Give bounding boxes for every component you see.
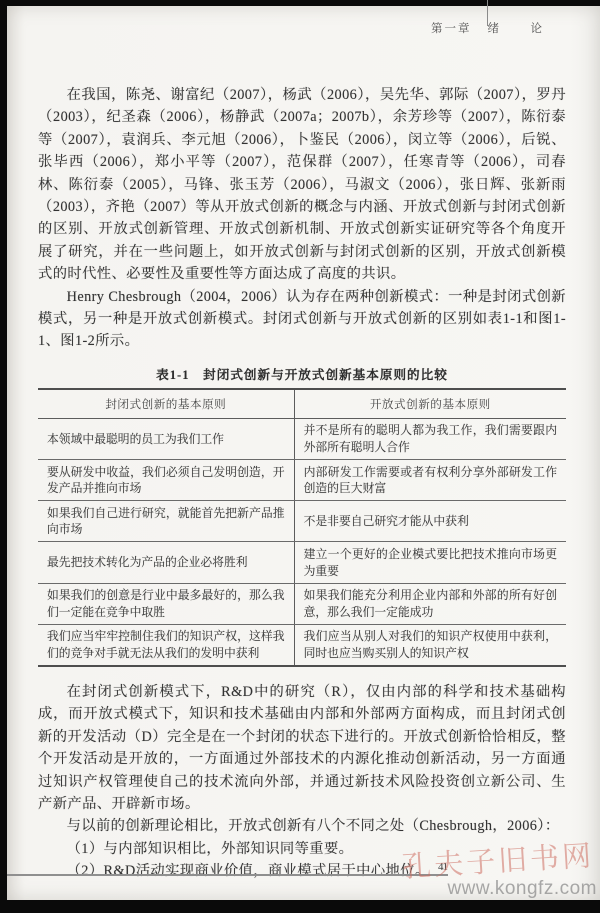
table-cell: 我们应当牢牢控制住我们的知识产权，这样我们的竞争对手就无法从我们的发明中获利 bbox=[38, 624, 294, 666]
paragraph-chesbrough-models: Henry Chesbrough（2004，2006）认为存在两种创新模式：一种… bbox=[38, 286, 566, 353]
table-row: 如果我们的创意是行业中最多最好的，那么我们一定能在竞争中取胜 如果我们能充分利用… bbox=[38, 583, 566, 624]
footer-rule bbox=[7, 874, 448, 876]
table-cell: 我们应当从别人对我们的知识产权使用中获利，同时也应当购买别人的知识产权 bbox=[294, 624, 566, 666]
kongfz-watermark-url: www.kongfz.com bbox=[447, 878, 597, 900]
scanned-book-page: 第一章 绪 论 在我国，陈尧、谢富纪（2007），杨武（2006），吴先华、郭际… bbox=[7, 6, 600, 900]
table-cell: 如果我们自己进行研究，就能首先把新产品推向市场 bbox=[38, 501, 294, 542]
table-cell: 建立一个更好的企业模式要比把技术推向市场更为重要 bbox=[294, 542, 566, 583]
comparison-table: 封闭式创新的基本原则 开放式创新的基本原则 本领域中最聪明的员工为我们工作 并不… bbox=[38, 388, 566, 667]
table-cell: 不是非要自己研究才能从中获利 bbox=[294, 501, 566, 542]
running-head-chapter: 第一章 bbox=[431, 20, 478, 36]
table-caption: 表1-1 封闭式创新与开放式创新基本原则的比较 bbox=[38, 364, 566, 383]
column-header-closed-innovation: 封闭式创新的基本原则 bbox=[38, 389, 294, 419]
table-row: 本领域中最聪明的员工为我们工作 并不是所有的聪明人都为我工作，我们需要跟内外部所… bbox=[38, 418, 566, 459]
paragraph-rd-comparison: 在封闭式创新模式下，R&D中的研究（R），仅由内部的科学和技术基础构成，而开放式… bbox=[38, 681, 566, 815]
table-cell: 要从研发中收益，我们必须自己发明创造，开发产品并推向市场 bbox=[38, 460, 294, 501]
table-cell: 如果我们的创意是行业中最多最好的，那么我们一定能在竞争中取胜 bbox=[38, 583, 294, 624]
running-head-section: 绪 论 bbox=[488, 20, 553, 36]
table-row: 最先把技术转化为产品的企业必将胜利 建立一个更好的企业模式要比把技术推向市场更为… bbox=[38, 542, 566, 583]
table-header-row: 封闭式创新的基本原则 开放式创新的基本原则 bbox=[38, 389, 566, 419]
table-row: 如果我们自己进行研究，就能首先把新产品推向市场 不是非要自己研究才能从中获利 bbox=[38, 501, 566, 542]
table-cell: 并不是所有的聪明人都为我工作，我们需要跟内外部所有聪明人合作 bbox=[294, 418, 566, 459]
running-head: 第一章 绪 论 bbox=[431, 20, 552, 36]
table-row: 我们应当牢牢控制住我们的知识产权，这样我们的竞争对手就无法从我们的发明中获利 我… bbox=[38, 624, 566, 666]
table-cell: 如果我们能充分利用企业内部和外部的所有好创意，那么我们一定能成功 bbox=[294, 583, 566, 624]
table-cell: 最先把技术转化为产品的企业必将胜利 bbox=[38, 542, 294, 583]
table-cell: 内部研发工作需要或者有权利分享外部研发工作创造的巨大财富 bbox=[294, 460, 566, 501]
page-body: 在我国，陈尧、谢富纪（2007），杨武（2006），吴先华、郭际（2007），罗… bbox=[38, 84, 566, 883]
paragraph-domestic-research: 在我国，陈尧、谢富纪（2007），杨武（2006），吴先华、郭际（2007），罗… bbox=[38, 84, 566, 286]
column-header-open-innovation: 开放式创新的基本原则 bbox=[294, 389, 566, 419]
table-row: 要从研发中收益，我们必须自己发明创造，开发产品并推向市场 内部研发工作需要或者有… bbox=[38, 460, 566, 501]
paragraph-eight-differences-intro: 与以前的创新理论相比，开放式创新有八个不同之处（Chesbrough，2006）… bbox=[38, 815, 566, 837]
table-cell: 本领域中最聪明的员工为我们工作 bbox=[38, 418, 294, 459]
